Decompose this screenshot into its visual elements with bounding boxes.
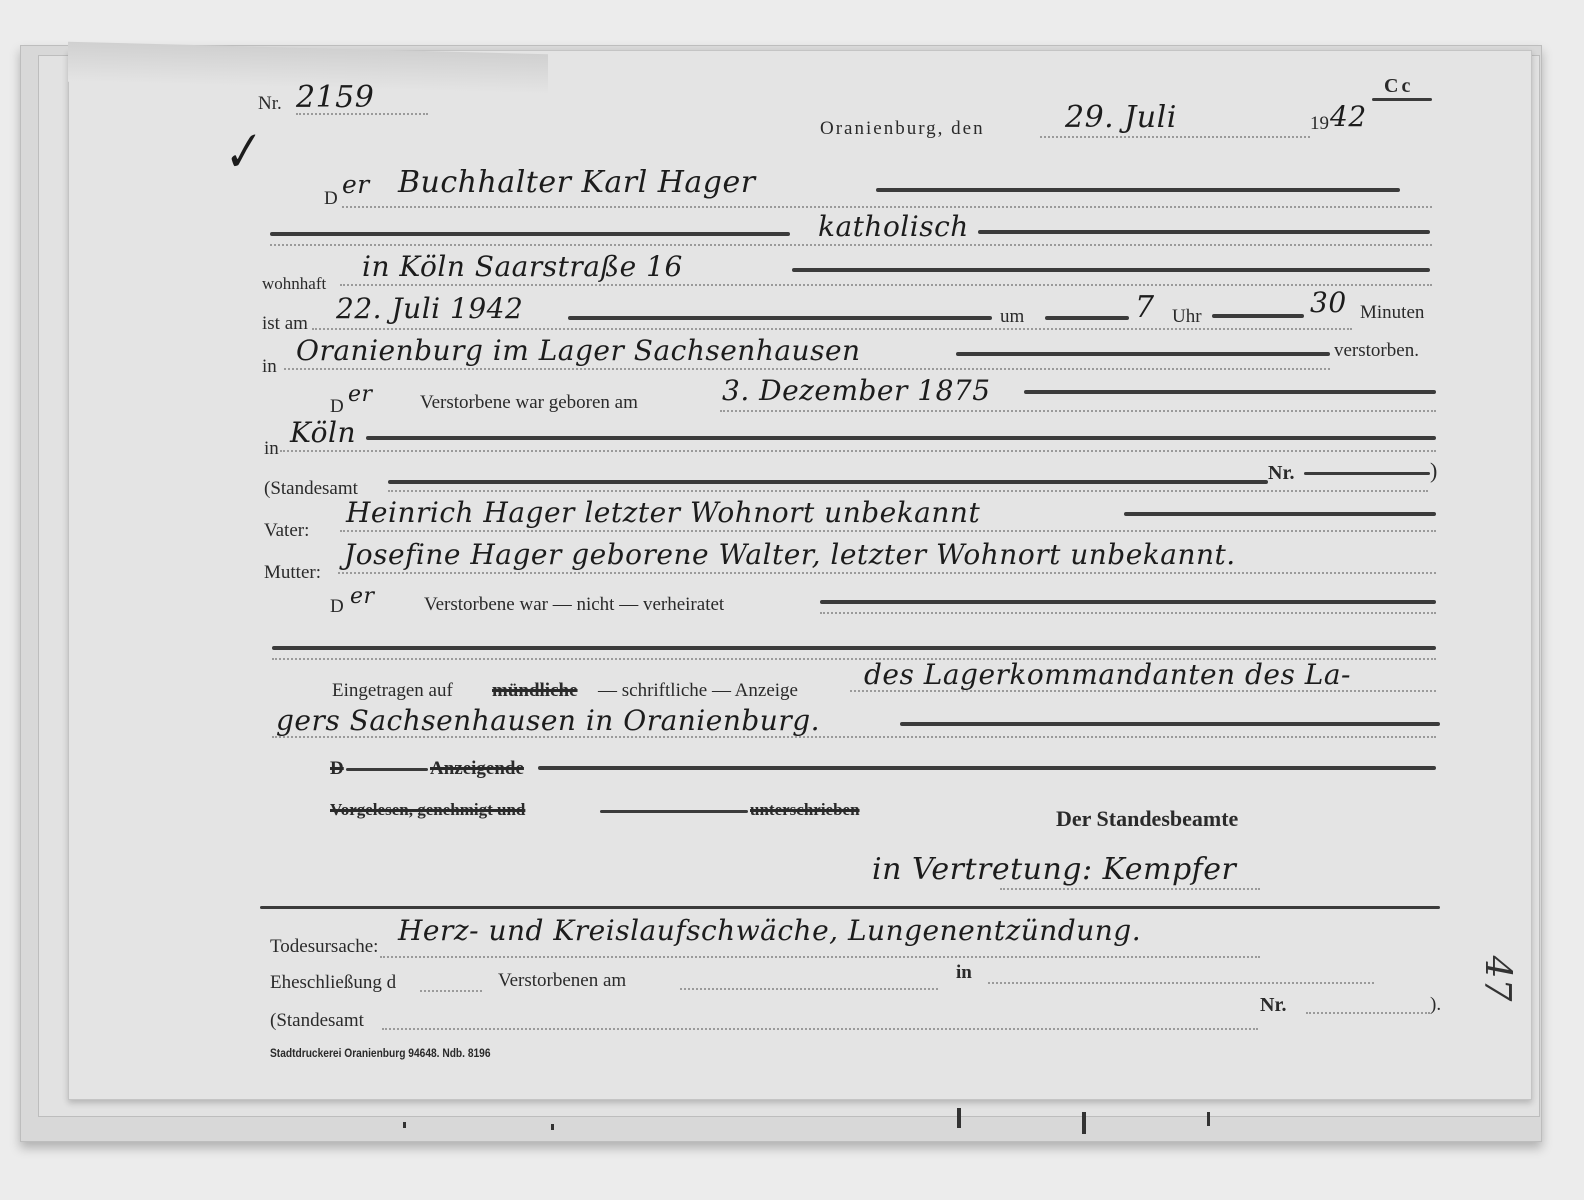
cause-label: Todesursache: [270,936,378,958]
category-code: Cc [1384,75,1413,98]
birth-registry-label: (Standesamt [264,478,358,500]
marriage-date-dotted [680,988,938,990]
minute-label: Minuten [1360,302,1424,324]
death-date-dotted-line [312,328,1352,330]
informant-dotted-line-2 [272,736,1436,738]
deceased-name-value: Buchhalter Karl Hager [398,165,756,200]
birth-article-label: D [330,396,344,418]
birth-place-fill-bar [366,436,1436,440]
religion-dotted-line [270,244,1432,246]
death-date-fill-bar [568,316,992,320]
marital-status-label: Verstorbene war — nicht — verheiratet [424,594,724,616]
death-place-fill-bar [956,352,1330,356]
marriage-registry-nr-dotted [1306,1012,1430,1014]
died-label: verstorben. [1334,340,1419,362]
section-divider [260,906,1440,909]
read-strike-bar [600,810,748,813]
marital-second-bar [272,646,1436,650]
residence-fill-bar [792,268,1430,272]
religion-fill-bar [978,230,1430,234]
informant-value-line1: des Lagerkommandanten des La- [864,658,1351,691]
marriage-registry-nr-label: Nr. [1260,994,1286,1017]
mother-dotted-line [338,572,1436,574]
marriage-article-dotted [420,990,482,992]
cause-dotted-line [380,956,1260,958]
printer-imprint: Stadtdruckerei Oranienburg 94648. Ndb. 8… [270,1046,491,1060]
stack-edge-mark [1082,1112,1086,1134]
registry-close: ) [1430,458,1437,484]
year-value: 42 [1330,100,1367,133]
marital-article-label: D [330,596,344,618]
father-value: Heinrich Hager letzter Wohnort unbekannt [346,496,980,529]
marriage-registry-label: (Standesamt [270,1010,364,1032]
residence-value: in Köln Saarstraße 16 [362,250,683,283]
informant-label-struck: Anzeigende [430,758,524,780]
informant-article-struck: D [330,758,344,780]
stack-edge-mark [1207,1112,1210,1126]
official-title: Der Standesbeamte [1056,806,1238,832]
signed-label-struck: unterschrieben [750,800,860,820]
registry-dotted-line [388,490,1428,492]
marital-fill-bar [820,600,1436,604]
informant-article-strike-bar [346,768,428,771]
death-place-value: Oranienburg im Lager Sachsenhausen [296,334,861,367]
mother-label: Mutter: [264,562,321,584]
born-value: 3. Dezember 1875 [722,374,991,407]
category-underline [1372,98,1432,101]
nr-value: 2159 [296,80,374,115]
hour-value: 7 [1135,290,1155,325]
birth-place-label: in [264,438,279,460]
marriage-registry-dotted [382,1028,1258,1030]
registration-label-prefix: Eingetragen auf [332,680,453,702]
father-dotted-line [340,530,1436,532]
informant-strike-bar [538,766,1436,770]
deceased-article-suffix: er [342,170,370,199]
cause-value: Herz- und Kreislaufschwäche, Lungenentzü… [398,914,1141,947]
marriage-in-label: in [956,962,972,984]
year-prefix: 19 [1310,113,1329,135]
religion-leading-bar [270,232,790,236]
born-fill-bar [1024,390,1436,394]
stack-edge-mark [957,1108,961,1128]
nr-label: Nr. [258,93,282,115]
death-place-dotted-line [284,368,1330,370]
signature-dotted-line [1000,888,1260,890]
informant-value-line2: gers Sachsenhausen in Oranienburg. [276,704,820,737]
death-date-value: 22. Juli 1942 [336,292,523,325]
marital-dotted-line [820,612,1436,614]
informant-dotted-line-1 [850,690,1436,692]
place-date-label: Oranienburg, den [820,118,985,140]
informant-fill-bar [900,722,1440,726]
marriage-label-2: Verstorbenen am [498,970,626,992]
hour-label: Uhr [1172,306,1202,328]
father-fill-bar [1124,512,1436,516]
registry-nr-fill-bar [1304,472,1430,475]
marriage-place-dotted [988,982,1374,984]
name-dotted-line [342,206,1432,208]
marriage-label: Eheschließung d [270,972,396,994]
official-signature: in Vertretung: Kempfer [872,852,1236,887]
date-dotted-line [1040,136,1310,138]
registry-nr-label: Nr. [1268,462,1294,485]
name-fill-bar [876,188,1400,192]
residence-label: wohnhaft [262,274,326,294]
time-at-label: um [1000,306,1024,328]
mother-value: Josefine Hager geborene Walter, letzter … [344,538,1236,571]
born-dotted-line [720,410,1436,412]
death-date-label: ist am [262,313,308,335]
religion-value: katholisch [818,210,969,243]
birth-place-value: Köln [290,416,356,449]
registry-fill-bar [388,480,1268,484]
residence-dotted-line [340,284,1432,286]
deceased-article-label: D [324,188,338,210]
birth-article-suffix: er [348,382,373,407]
marriage-registry-close: ). [1430,994,1441,1016]
hour-fill-bar [1045,316,1129,320]
stack-edge-mark [403,1122,406,1128]
born-label: Verstorbene war geboren am [420,392,638,414]
father-label: Vater: [264,520,309,542]
side-page-number: 47 [1476,956,1517,1002]
marital-article-suffix: er [350,584,375,609]
date-value: 29. Juli [1065,100,1177,135]
read-label-struck: Vorgelesen, genehmigt und [330,800,525,820]
minute-value: 30 [1310,286,1347,319]
registration-written-label: — schriftliche — Anzeige [598,680,798,702]
birth-place-dotted-line [280,450,1436,452]
minute-fill-bar [1212,314,1304,318]
nr-dotted-line [296,113,428,115]
stack-edge-mark [551,1124,554,1130]
death-place-label: in [262,356,277,378]
registration-oral-struck: mündliche [492,680,578,702]
